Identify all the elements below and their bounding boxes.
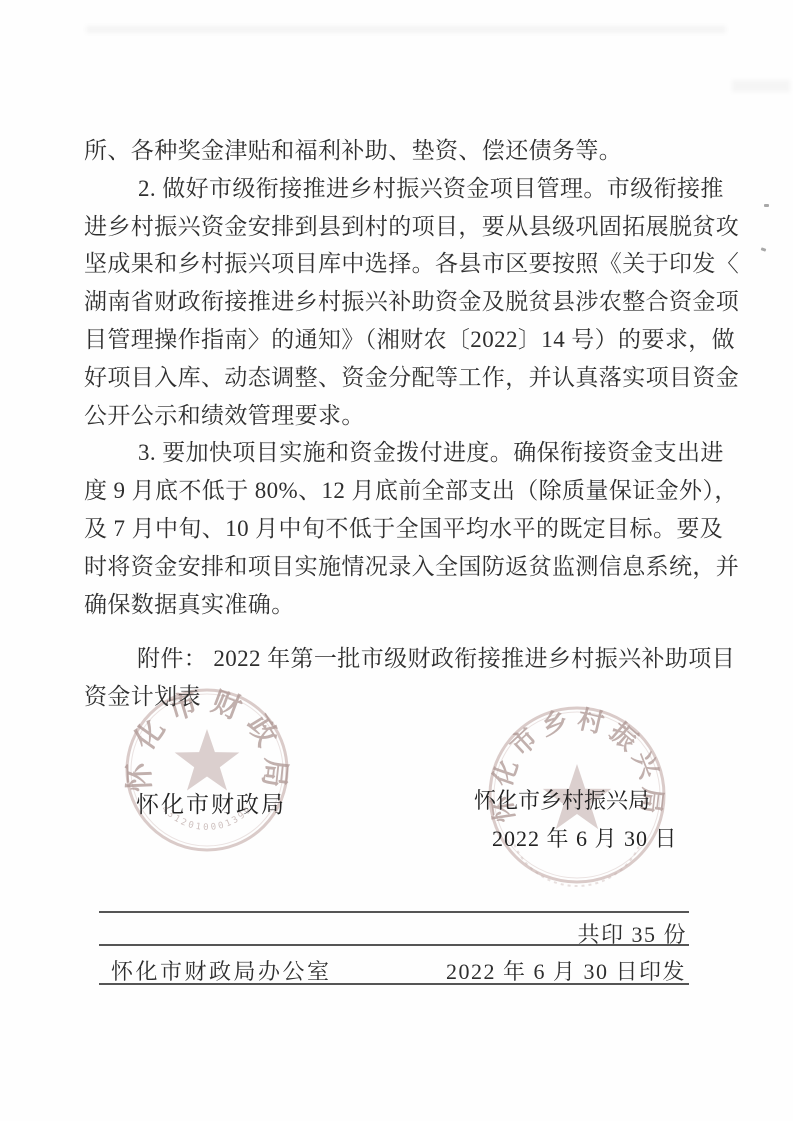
attachment-line: 资金计划表 <box>84 678 724 716</box>
issuing-office: 怀化市财政局办公室 <box>111 955 332 986</box>
print-date: 2022 年 6 月 30 日印发 <box>446 955 686 986</box>
footer-row-issuer: 怀化市财政局办公室 2022 年 6 月 30 日印发 <box>99 946 689 983</box>
copies-count: 共印 35 份 <box>577 918 687 949</box>
footer-row-copies: 共印 35 份 <box>99 913 689 944</box>
signature-org-finance: 怀化市财政局 <box>136 786 286 819</box>
seal-star-icon <box>175 729 240 791</box>
attachment-line: 附件： 2022 年第一批市级财政衔接推进乡村振兴补助项目 <box>84 640 724 678</box>
document-footer: 共印 35 份 怀化市财政局办公室 2022 年 6 月 30 日印发 <box>99 911 689 985</box>
attachment-note: 附件： 2022 年第一批市级财政衔接推进乡村振兴补助项目 资金计划表 <box>84 640 724 716</box>
signature-org-rural: 怀化市乡村振兴局 <box>474 784 650 815</box>
scanned-document-page: 怀化市财政局 4312010001399 怀化市乡村振兴局 所、各种奖金津贴和福… <box>0 0 793 1121</box>
signature-date: 2022 年 6 月 30 日 <box>492 822 678 853</box>
